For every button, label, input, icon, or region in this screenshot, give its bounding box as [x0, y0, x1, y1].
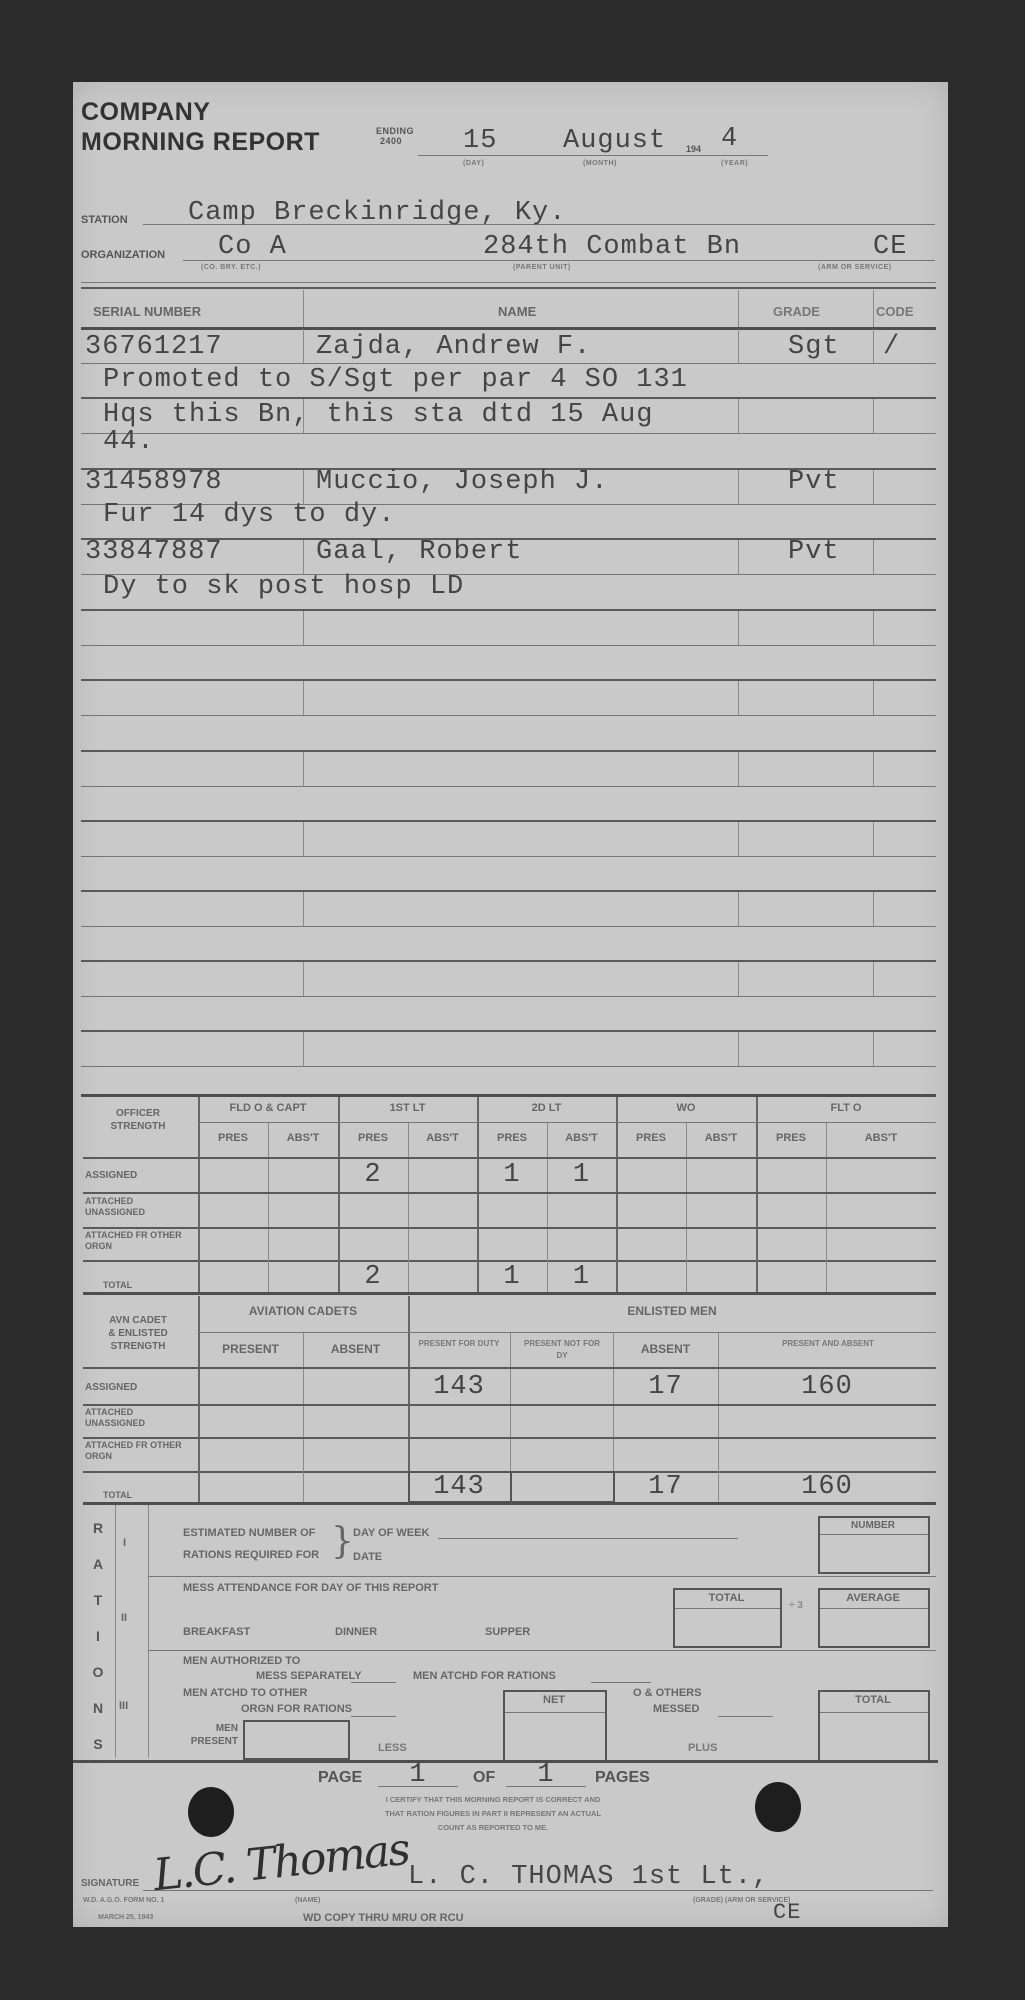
rations-letter: I	[83, 1618, 113, 1654]
ending-label: ENDING 2400	[376, 126, 414, 146]
cell-value: 1	[477, 1262, 547, 1292]
roster-rule	[81, 609, 936, 611]
organization-company: Co A	[218, 232, 287, 262]
roster-rule	[81, 397, 936, 399]
roster-rule	[81, 820, 936, 822]
col-divider	[547, 1122, 548, 1272]
mess-attendance-text: MESS ATTENDANCE FOR DAY OF THIS REPORT	[183, 1582, 438, 1594]
soldier-grade: Pvt	[788, 467, 840, 497]
group-wo: WO	[616, 1102, 756, 1114]
col-divider	[686, 1122, 687, 1272]
col-divider	[408, 1260, 409, 1292]
company-caption: (CO. BRY. ETC.)	[201, 264, 261, 271]
serial-number: 31458978	[85, 467, 223, 497]
subhead-pres: PRES	[616, 1132, 686, 1144]
row-label-attached-unassigned: ATTACHED UNASSIGNED	[85, 1407, 195, 1429]
month-caption: (MONTH)	[583, 160, 617, 167]
col-divider	[303, 329, 304, 363]
section-rule	[148, 1576, 936, 1577]
remark-line: Fur 14 dys to dy.	[103, 500, 395, 530]
col-divider	[826, 1260, 827, 1292]
men-atchd-other-text-2: ORGN FOR RATIONS	[241, 1703, 352, 1715]
report-day: 15	[463, 126, 497, 156]
col-divider	[873, 470, 874, 504]
men-present-line1: MEN	[183, 1722, 238, 1735]
table-rule	[198, 1332, 936, 1333]
plus-label: PLUS	[688, 1742, 717, 1754]
group-1st-lt: 1ST LT	[338, 1102, 477, 1114]
cell-total-present-and-absent: 160	[718, 1472, 936, 1502]
rations-total-label: TOTAL	[818, 1694, 928, 1706]
row-label-attached-fr-other-orgn: ATTACHED FR OTHER ORGN	[85, 1440, 195, 1462]
box-rule	[820, 1712, 928, 1713]
group-aviation-cadets: AVIATION CADETS	[198, 1304, 408, 1318]
report-month: August	[563, 126, 666, 156]
station-value: Camp Breckinridge, Ky.	[188, 198, 566, 228]
rations-letter: N	[83, 1690, 113, 1726]
table-rule	[83, 1192, 936, 1194]
col-divider	[738, 892, 739, 926]
col-divider	[738, 962, 739, 996]
roster-rule	[81, 679, 936, 681]
of-label: OF	[473, 1769, 495, 1787]
form-title-morning-report: MORNING REPORT	[81, 128, 320, 157]
roster-rule	[81, 1066, 936, 1067]
cell-value: 2	[338, 1262, 408, 1292]
cell-total-absent: 17	[613, 1472, 718, 1502]
punch-hole-left	[188, 1787, 234, 1837]
roster-rule	[81, 433, 936, 434]
box-rule	[675, 1608, 780, 1609]
col-divider	[408, 1122, 409, 1272]
morning-report-form: COMPANY MORNING REPORT ENDING 2400 15 (D…	[73, 82, 948, 1927]
officer-strength-title-line1: OFFICER	[83, 1107, 193, 1120]
table-rule	[198, 1122, 936, 1123]
enlisted-title-line3: STRENGTH	[83, 1340, 193, 1353]
rations-vertical-label: R A T I O N S	[83, 1510, 113, 1762]
col-divider	[738, 540, 739, 574]
col-divider	[873, 540, 874, 574]
col-divider	[738, 329, 739, 363]
rations-letter: R	[83, 1510, 113, 1546]
col-divider	[738, 752, 739, 786]
men-atchd-other-text-1: MEN ATCHD TO OTHER	[183, 1687, 307, 1699]
col-divider	[198, 1296, 200, 1471]
row-label-attached-unassigned: ATTACHED UNASSIGNED	[85, 1196, 195, 1218]
table-rule	[83, 1157, 936, 1159]
page-label: PAGE	[318, 1769, 362, 1787]
subhead-present: PRESENT	[198, 1342, 303, 1356]
subhead-abst: ABS'T	[268, 1132, 338, 1144]
men-present-line2: PRESENT	[183, 1735, 238, 1748]
col-divider	[303, 752, 304, 786]
mess-total-label: TOTAL	[673, 1592, 780, 1604]
form-title-company: COMPANY	[81, 98, 210, 127]
roster-rule	[81, 996, 936, 997]
roster-rule	[81, 750, 936, 752]
table-rule	[83, 1437, 936, 1439]
roster-rule	[81, 1030, 936, 1032]
col-divider	[686, 1260, 687, 1292]
group-enlisted-men: ENLISTED MEN	[408, 1304, 936, 1318]
col-divider	[738, 290, 739, 328]
col-divider	[198, 1097, 200, 1272]
serial-number: 36761217	[85, 332, 223, 362]
ending-label-line1: ENDING	[376, 126, 414, 136]
serial-number: 33847887	[85, 537, 223, 567]
less-label: LESS	[378, 1742, 407, 1754]
col-divider	[268, 1122, 269, 1272]
soldier-code: /	[883, 332, 900, 362]
section-ii-numeral: II	[121, 1612, 127, 1624]
col-divider	[510, 1332, 511, 1471]
subhead-pres: PRES	[477, 1132, 547, 1144]
col-divider	[303, 962, 304, 996]
col-divider	[738, 1032, 739, 1066]
total-pages: 1	[506, 1760, 586, 1790]
col-divider	[873, 822, 874, 856]
others-text-1: O & OTHERS	[633, 1687, 701, 1699]
year-underline	[708, 155, 768, 156]
mess-separately-field[interactable]	[351, 1682, 396, 1683]
header-divider-2	[81, 287, 936, 289]
cell-present-for-duty: 143	[408, 1372, 510, 1402]
men-authorized-text-1: MEN AUTHORIZED TO	[183, 1655, 300, 1667]
punch-hole-right	[755, 1782, 801, 1832]
roster-rule	[81, 926, 936, 927]
subhead-abst: ABS'T	[408, 1132, 477, 1144]
men-atchd-rations-label: MEN ATCHD FOR RATIONS	[413, 1670, 556, 1682]
year-caption: (YEAR)	[721, 160, 748, 167]
group-fld-o-capt: FLD O & CAPT	[198, 1102, 338, 1114]
men-atchd-rations-field[interactable]	[591, 1682, 651, 1683]
col-divider	[756, 1260, 758, 1292]
col-divider	[616, 1097, 618, 1272]
cell-absent: 17	[613, 1372, 718, 1402]
rations-letter: A	[83, 1546, 113, 1582]
subhead-pres: PRES	[198, 1132, 268, 1144]
divide-by-three: ÷ 3	[781, 1600, 811, 1611]
subhead-present-and-absent: PRESENT AND ABSENT	[763, 1338, 893, 1350]
col-divider	[873, 681, 874, 715]
col-serial-number: SERIAL NUMBER	[93, 304, 201, 319]
col-divider	[303, 681, 304, 715]
men-present-label: MEN PRESENT	[183, 1722, 238, 1748]
col-divider	[303, 611, 304, 645]
arm-of-service: CE	[773, 1900, 801, 1925]
enlisted-strength-title: AVN CADET & ENLISTED STRENGTH	[83, 1314, 193, 1353]
row-label-attached-fr-other-orgn: ATTACHED FR OTHER ORGN	[85, 1230, 195, 1252]
col-divider	[303, 892, 304, 926]
dinner-label: DINNER	[335, 1626, 377, 1638]
estimated-number-text-2: RATIONS REQUIRED FOR	[183, 1549, 319, 1561]
certification-text: I CERTIFY THAT THIS MORNING REPORT IS CO…	[283, 1793, 703, 1835]
col-divider	[303, 399, 304, 433]
remark-line: Promoted to S/Sgt per par 4 SO 131	[103, 365, 688, 395]
year-prefix: 194	[686, 144, 701, 154]
col-divider	[873, 752, 874, 786]
cell-value: 1	[477, 1160, 547, 1190]
col-divider	[616, 1260, 618, 1292]
certification-line1: I CERTIFY THAT THIS MORNING REPORT IS CO…	[283, 1793, 703, 1807]
col-divider	[303, 1032, 304, 1066]
station-label: STATION	[81, 214, 128, 226]
soldier-name: Gaal, Robert	[316, 537, 522, 567]
table-rule	[83, 1227, 936, 1229]
subhead-absent: ABSENT	[303, 1342, 408, 1356]
report-year-digit: 4	[721, 124, 738, 154]
cell-total-present-for-duty: 143	[408, 1472, 510, 1502]
typed-name-grade: L. C. THOMAS 1st Lt.,	[408, 1862, 769, 1892]
group-2d-lt: 2D LT	[477, 1102, 616, 1114]
subhead-absent: ABSENT	[613, 1342, 718, 1356]
col-divider	[873, 290, 874, 328]
day-of-week-field[interactable]	[438, 1538, 738, 1539]
col-divider	[873, 892, 874, 926]
row-label-total: TOTAL	[103, 1490, 132, 1500]
group-flt-o: FLT O	[756, 1102, 936, 1114]
col-divider	[873, 611, 874, 645]
subhead-pres: PRES	[756, 1132, 826, 1144]
roster-rule	[81, 786, 936, 787]
col-divider	[738, 399, 739, 433]
col-divider	[873, 399, 874, 433]
col-divider	[268, 1260, 269, 1292]
roster-bottom-rule	[81, 1094, 936, 1097]
col-divider	[738, 611, 739, 645]
others-messed-field[interactable]	[718, 1716, 773, 1717]
col-divider	[303, 1471, 304, 1503]
col-code: CODE	[876, 304, 914, 319]
subhead-abst: ABS'T	[826, 1132, 936, 1144]
day-caption: (DAY)	[463, 160, 484, 167]
box-rule	[820, 1608, 928, 1609]
number-label: NUMBER	[818, 1520, 928, 1531]
supper-label: SUPPER	[485, 1626, 530, 1638]
pages-label: PAGES	[595, 1769, 650, 1787]
col-name: NAME	[498, 304, 536, 319]
others-text-2: MESSED	[653, 1703, 699, 1715]
cell-present-and-absent: 160	[718, 1372, 936, 1402]
col-divider	[873, 329, 874, 363]
subhead-pres: PRES	[338, 1132, 408, 1144]
organization-label: ORGANIZATION	[81, 249, 165, 261]
box-rule	[820, 1534, 928, 1535]
form-id: W.D. A.G.O. FORM NO. 1	[83, 1897, 164, 1904]
soldier-grade: Sgt	[788, 332, 840, 362]
subhead-abst: ABS'T	[547, 1132, 616, 1144]
cell-value: 1	[547, 1262, 616, 1292]
men-present-box[interactable]	[243, 1720, 350, 1760]
col-divider	[303, 540, 304, 574]
breakfast-label: BREAKFAST	[183, 1626, 250, 1638]
subhead-present-not-for-duty: PRESENT NOT FOR DY	[518, 1338, 606, 1362]
day-of-week-label: DAY OF WEEK	[353, 1527, 429, 1539]
roster-rule	[81, 715, 936, 716]
col-divider	[198, 1260, 200, 1292]
officer-strength-title: OFFICER STRENGTH	[83, 1107, 193, 1133]
col-divider	[873, 1032, 874, 1066]
page-number: 1	[378, 1760, 458, 1790]
subhead-present-for-duty: PRESENT FOR DUTY	[418, 1338, 500, 1350]
name-caption: (NAME)	[295, 1897, 320, 1904]
row-label-assigned: ASSIGNED	[85, 1170, 137, 1181]
remark-line: 44.	[103, 427, 155, 457]
cell-value: 2	[338, 1160, 408, 1190]
officer-strength-title-line2: STRENGTH	[83, 1120, 193, 1133]
section-rule	[148, 1650, 936, 1651]
soldier-name: Muccio, Joseph J.	[316, 467, 608, 497]
rations-letter: O	[83, 1654, 113, 1690]
col-grade: GRADE	[773, 304, 820, 319]
signature-label: SIGNATURE	[81, 1878, 139, 1889]
col-divider	[738, 470, 739, 504]
row-label-total: TOTAL	[103, 1280, 132, 1290]
form-date: MARCH 25, 1943	[98, 1914, 153, 1921]
mess-average-label: AVERAGE	[818, 1592, 928, 1604]
col-divider	[873, 962, 874, 996]
col-divider	[738, 681, 739, 715]
col-divider	[756, 1097, 758, 1272]
soldier-grade: Pvt	[788, 537, 840, 567]
organization-arm-service: CE	[873, 232, 907, 262]
col-divider	[303, 470, 304, 504]
roster-rule	[81, 890, 936, 892]
col-divider	[738, 822, 739, 856]
rations-letter: S	[83, 1726, 113, 1762]
table-rule	[83, 1292, 936, 1295]
col-divider	[115, 1505, 116, 1758]
rations-letter: T	[83, 1582, 113, 1618]
col-divider	[826, 1122, 827, 1272]
col-divider	[148, 1505, 149, 1758]
total-present-not-for-duty-box	[510, 1471, 615, 1503]
col-divider	[303, 822, 304, 856]
estimated-number-text-1: ESTIMATED NUMBER OF	[183, 1527, 315, 1539]
ending-label-line2: 2400	[376, 136, 414, 146]
col-divider	[198, 1471, 200, 1503]
section-i-numeral: I	[123, 1537, 126, 1549]
col-divider	[303, 290, 304, 328]
remark-line: Hqs this Bn, this sta dtd 15 Aug	[103, 400, 653, 430]
roster-rule	[81, 645, 936, 646]
table-rule	[83, 1502, 936, 1505]
organization-parent-unit: 284th Combat Bn	[483, 232, 741, 262]
men-authorized-text-2: MESS SEPARATELY	[256, 1670, 362, 1682]
remark-line: Dy to sk post hosp LD	[103, 572, 464, 602]
table-rule	[83, 1367, 936, 1369]
roster-rule	[81, 327, 936, 330]
arm-service-caption: (ARM OR SERVICE)	[818, 264, 892, 271]
cell-value: 1	[547, 1160, 616, 1190]
net-label: NET	[503, 1694, 605, 1706]
copy-note: WD COPY THRU MRU OR RCU	[303, 1912, 464, 1924]
enlisted-title-line2: & ENLISTED	[83, 1327, 193, 1340]
box-rule	[505, 1712, 605, 1713]
parent-unit-caption: (PARENT UNIT)	[513, 264, 571, 271]
roster-rule	[81, 960, 936, 962]
date-label: DATE	[353, 1551, 382, 1563]
certification-line2: THAT RATION FIGURES IN PART II REPRESENT…	[283, 1807, 703, 1821]
atchd-other-orgn-field[interactable]	[351, 1716, 396, 1717]
enlisted-title-line1: AVN CADET	[83, 1314, 193, 1327]
row-label-assigned: ASSIGNED	[85, 1382, 137, 1393]
soldier-name: Zajda, Andrew F.	[316, 332, 591, 362]
roster-rule	[81, 363, 936, 364]
header-divider	[81, 282, 936, 283]
subhead-abst: ABS'T	[686, 1132, 756, 1144]
table-rule	[83, 1404, 936, 1406]
roster-rule	[81, 856, 936, 857]
brace-icon: }	[331, 1522, 354, 1562]
section-iii-numeral: III	[119, 1700, 128, 1712]
